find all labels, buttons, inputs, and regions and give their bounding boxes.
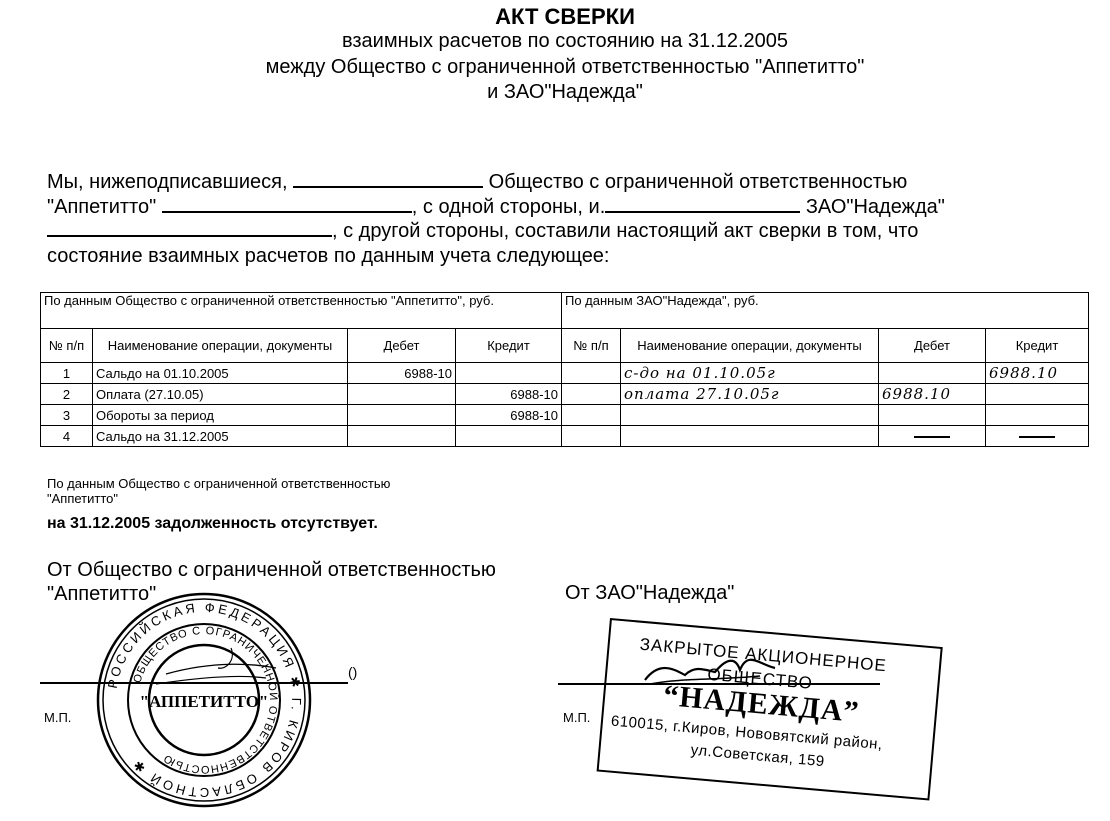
cell-credit [456,363,562,384]
signatory-blank-1[interactable] [293,170,483,188]
cell-debit-dash [879,426,986,447]
left-group-header: По данным Общество с ограниченной ответс… [41,293,562,329]
cell-debit [348,405,456,426]
left-signature-title-line1: От Общество с ограниченной ответственнос… [47,558,496,582]
signatory-blank-3[interactable] [605,195,800,213]
intro-paragraph: Мы, нижеподписавшиеся, Общество с ограни… [47,170,1087,268]
intro-text: Мы, нижеподписавшиеся, [47,171,288,193]
document-title: АКТ СВЕРКИ [0,4,1110,30]
conclusion-note: По данным Общество с ограниченной ответс… [47,476,390,506]
cell-num [562,363,621,384]
cell-credit: 6988-10 [456,384,562,405]
cell-operation-handwritten [621,405,879,426]
group-header-row: По данным Общество с ограниченной ответс… [41,293,1089,329]
cell-num: 2 [41,384,93,405]
col-header-credit: Кредит [456,329,562,363]
table-row: 1 Сальдо на 01.10.2005 6988-10 с-до на 0… [41,363,1089,384]
dash-mark [1019,436,1055,438]
cell-credit-handwritten [986,384,1089,405]
conclusion-statement: на 31.12.2005 задолженность отсутствует. [47,515,378,533]
table-row: 4 Сальдо на 31.12.2005 [41,426,1089,447]
right-seal-label: М.П. [563,710,590,725]
col-header-operation: Наименование операции, документы [93,329,348,363]
cell-num: 3 [41,405,93,426]
intro-text: , с одной стороны, и. [412,196,606,218]
left-seal-label: М.П. [44,710,71,725]
intro-text: Общество с ограниченной ответственностью [489,171,908,193]
cell-operation-handwritten: оплата 27.10.05г [621,384,879,405]
cell-operation: Оплата (27.10.05) [93,384,348,405]
left-signature-bracket: () [348,664,357,680]
table-row: 2 Оплата (27.10.05) 6988-10 оплата 27.10… [41,384,1089,405]
cell-debit [348,384,456,405]
round-stamp-center-text: "АППЕТИТТО" [140,692,269,711]
col-header-debit: Дебет [348,329,456,363]
column-header-row: № п/п Наименование операции, документы Д… [41,329,1089,363]
cell-operation-handwritten: с-до на 01.10.05г [621,363,879,384]
document-subtitle-party1: между Общество с ограниченной ответствен… [0,56,1110,79]
cell-debit-handwritten [879,405,986,426]
dash-mark [914,436,950,438]
intro-text: ЗАО"Надежда" [806,196,945,218]
cell-operation-handwritten [621,426,879,447]
round-stamp-graphic: РОССИЙСКАЯ ФЕДЕРАЦИЯ ✱ Г. КИРОВ ОБЛАСТНО… [96,590,312,810]
intro-text: "Аппетитто" [47,196,156,218]
cell-credit [456,426,562,447]
cell-num [562,426,621,447]
document-subtitle-party2: и ЗАО"Надежда" [0,81,1110,104]
reconciliation-table: По данным Общество с ограниченной ответс… [40,292,1089,447]
cell-debit-handwritten: 6988.10 [879,384,986,405]
cell-debit-handwritten [879,363,986,384]
cell-credit-handwritten [986,405,1089,426]
signatory-blank-2[interactable] [162,195,412,213]
col-header-credit: Кредит [986,329,1089,363]
cell-num [562,405,621,426]
table-row: 3 Обороты за период 6988-10 [41,405,1089,426]
note-line: "Аппетитто" [47,491,390,506]
cell-operation: Сальдо на 01.10.2005 [93,363,348,384]
round-company-stamp: РОССИЙСКАЯ ФЕДЕРАЦИЯ ✱ Г. КИРОВ ОБЛАСТНО… [96,590,312,810]
cell-num [562,384,621,405]
note-line: По данным Общество с ограниченной ответс… [47,476,390,491]
cell-debit [348,426,456,447]
cell-credit-dash [986,426,1089,447]
cell-num: 4 [41,426,93,447]
cell-num: 1 [41,363,93,384]
cell-operation: Обороты за период [93,405,348,426]
col-header-debit: Дебет [879,329,986,363]
cell-credit: 6988-10 [456,405,562,426]
cell-debit: 6988-10 [348,363,456,384]
intro-text: , с другой стороны, составили настоящий … [332,220,918,242]
cell-credit-handwritten: 6988.10 [986,363,1089,384]
right-group-header: По данным ЗАО"Надежда", руб. [562,293,1089,329]
cell-operation: Сальдо на 31.12.2005 [93,426,348,447]
handwritten-signature-icon [640,640,780,690]
col-header-operation: Наименование операции, документы [621,329,879,363]
col-header-num: № п/п [562,329,621,363]
right-signature-title: От ЗАО"Надежда" [565,582,734,605]
signatory-blank-4[interactable] [47,219,332,237]
col-header-num: № п/п [41,329,93,363]
intro-text: состояние взаимных расчетов по данным уч… [47,245,610,267]
document-subtitle-date: взаимных расчетов по состоянию на 31.12.… [0,30,1110,53]
